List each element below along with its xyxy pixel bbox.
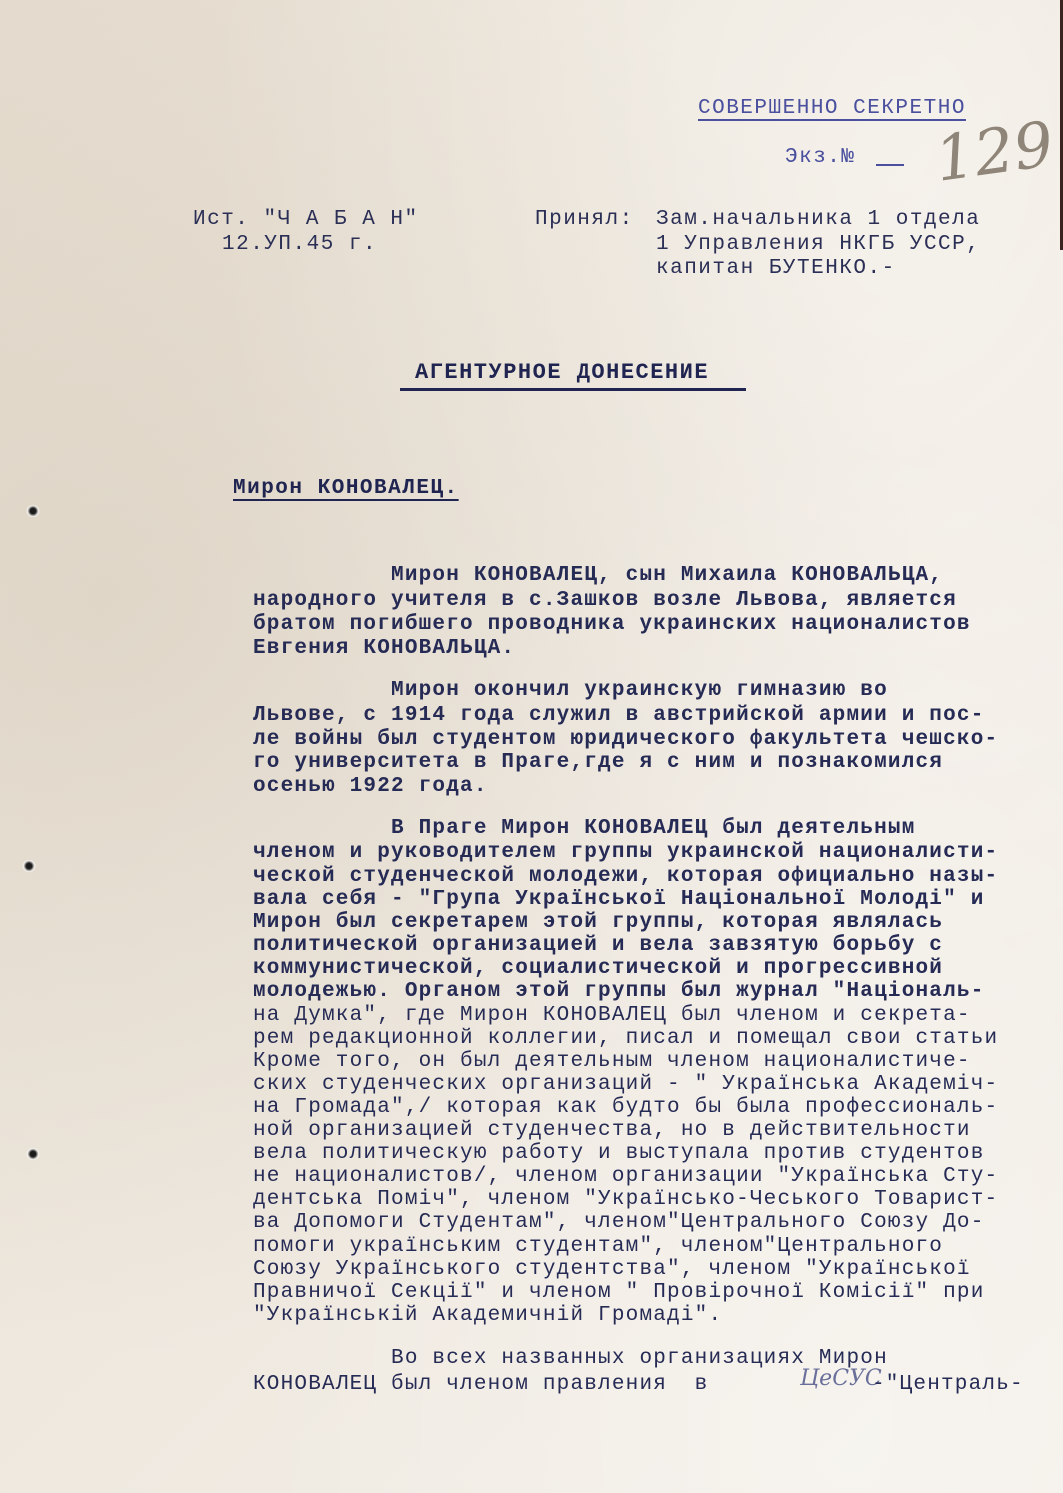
text-line: Мирон был секретарем этой группы, котора… <box>253 912 943 933</box>
text-line: на Громада",/ которая как будто бы была … <box>253 1097 998 1118</box>
text-line: дентська Поміч", членом "Українсько-Чесь… <box>253 1189 998 1210</box>
source-label: Ист. "Ч А Б А Н" <box>193 208 419 231</box>
document-subject: Мирон КОНОВАЛЕЦ. <box>233 477 459 500</box>
punch-hole <box>26 1148 40 1160</box>
text-line: братом погибшего проводника украинских н… <box>253 614 971 635</box>
copy-number-label: Экз.№ <box>785 146 856 169</box>
text-line: молодежью. Органом этой группы был журна… <box>253 981 985 1002</box>
text-line: Евгения КОНОВАЛЬЦА. <box>253 638 515 659</box>
received-by-line: 1 Управления НКГБ УССР, <box>656 233 980 256</box>
text-line: рем редакционной коллегии, писал и помещ… <box>253 1028 998 1049</box>
text-line: вела политическую работу и выступала про… <box>253 1143 985 1164</box>
source-date: 12.УП.45 г. <box>222 233 377 256</box>
text-line: Кроме того, он был деятельным членом нац… <box>253 1051 971 1072</box>
text-line: коммунистической, социалистической и про… <box>253 958 943 979</box>
text-line: Мирон КОНОВАЛЕЦ, сын Михаила КОНОВАЛЬЦА, <box>253 565 943 586</box>
text-line: го университета в Праге,где я с ним и по… <box>253 752 943 773</box>
received-by-line: Зам.начальника 1 отдела <box>656 208 980 231</box>
text-line: ной организацией студенчества, но в дейс… <box>253 1120 971 1141</box>
text-line: политической организацией и вела завзяту… <box>253 935 943 956</box>
classification-stamp: СОВЕРШЕННО СЕКРЕТНО <box>698 97 966 120</box>
handwritten-copy-number: 129 <box>930 107 1057 196</box>
title-underline <box>400 388 746 391</box>
text-line: помоги українським студентам", членом"Це… <box>253 1236 943 1257</box>
copy-number-blank <box>876 164 904 166</box>
received-label: Принял: <box>535 208 634 231</box>
text-line: народного учителя в с.Зашков возле Львов… <box>253 590 957 611</box>
handwritten-insert: ЦеСУС <box>800 1366 882 1391</box>
text-line: Мирон окончил украинскую гимназию во <box>253 680 888 701</box>
text-line-tail: -"Централь- <box>872 1374 1024 1395</box>
text-line: "Українській Академичній Громаді". <box>253 1305 722 1326</box>
text-line: ческой студенческой молодежи, которая оф… <box>253 866 998 887</box>
text-line: ва Допомоги Студентам", членом"Центральн… <box>253 1212 985 1233</box>
text-line: на Думка", где Мирон КОНОВАЛЕЦ был члено… <box>253 1005 971 1026</box>
text-line: членом и руководителем группы украинской… <box>253 842 998 863</box>
text-line: ских студенческих организаций - " Україн… <box>253 1074 998 1095</box>
text-line: Союзу Українського студентства", членом … <box>253 1259 971 1280</box>
punch-hole <box>26 505 40 517</box>
text-line: Правничої Секції" и членом " Провірочної… <box>253 1282 985 1303</box>
document-title: АГЕНТУРНОЕ ДОНЕСЕНИЕ <box>415 360 709 385</box>
text-line: В Праге Мирон КОНОВАЛЕЦ был деятельным <box>253 818 916 839</box>
text-line: осенью 1922 года. <box>253 776 488 797</box>
text-line: ле войны был студентом юридического факу… <box>253 729 998 750</box>
punch-hole <box>22 860 36 872</box>
text-line: КОНОВАЛЕЦ был членом правления в <box>253 1374 708 1395</box>
text-line: не националистов/, членом организации "У… <box>253 1166 998 1187</box>
received-by-line: капитан БУТЕНКО.- <box>656 257 896 280</box>
text-line: Львове, с 1914 года служил в австрийской… <box>253 705 985 726</box>
text-line: вала себя - "Група Української Національ… <box>253 889 985 910</box>
text-line: Во всех названных организациях Мирон <box>253 1348 888 1369</box>
